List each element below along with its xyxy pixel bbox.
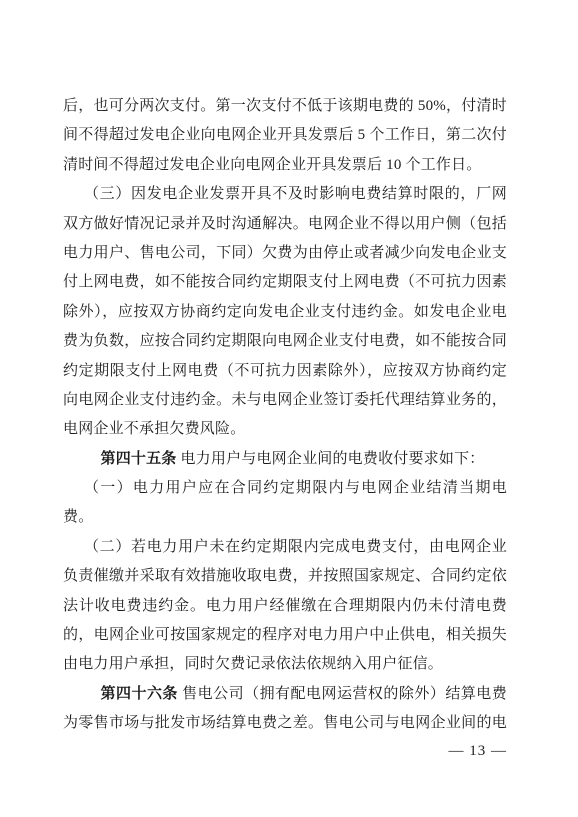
text-segment: 负责催缴并采取有效措施收取电费，并按照国家规定、合同约定依 xyxy=(63,568,507,584)
text-segment: 由电力用户承担，同时欠费记录依法依规纳入用户征信。 xyxy=(63,656,443,672)
text-segment: 售电公司（拥有配电网运营权的除外）结算电费 xyxy=(178,686,507,702)
text-line: （二）若电力用户未在约定期限内完成电费支付，由电网企业 xyxy=(63,533,507,562)
text-segment: 清时间不得超过发电企业向电网企业开具发票后 10 个工作日。 xyxy=(63,157,482,173)
text-segment: 电力用户与电网企业间的电费收付要求如下： xyxy=(177,451,485,467)
text-line: 双方做好情况记录并及时沟通解决。电网企业不得以用户侧（包括 xyxy=(63,210,507,239)
text-line: 间不得超过发电企业向电网企业开具发票后 5 个工作日，第二次付 xyxy=(63,121,507,150)
text-segment: 法计收电费违约金。电力用户经催缴在合理期限内仍未付清电费 xyxy=(63,598,507,614)
text-line: 为零售市场与批发市场结算电费之差。售电公司与电网企业间的电 xyxy=(63,709,507,738)
text-segment: 为零售市场与批发市场结算电费之差。售电公司与电网企业间的电 xyxy=(63,715,507,731)
text-segment: 间不得超过发电企业向电网企业开具发票后 5 个工作日，第二次付 xyxy=(63,127,507,143)
text-segment: （三）因发电企业发票开具不及时影响电费结算时限的，厂网 xyxy=(84,186,507,202)
text-line: （一）电力用户应在合同约定期限内与电网企业结清当期电 xyxy=(63,474,507,503)
text-line: 除外），应按双方协商约定向发电企业支付违约金。如发电企业电 xyxy=(63,298,507,327)
text-line: 电力用户、售电公司，下同）欠费为由停止或者减少向发电企业支 xyxy=(63,239,507,268)
text-segment: 电力用户、售电公司，下同）欠费为由停止或者减少向发电企业支 xyxy=(63,245,507,261)
article-number: 第四十六条 xyxy=(101,686,178,702)
text-line: 负责催缴并采取有效措施收取电费，并按照国家规定、合同约定依 xyxy=(63,562,507,591)
text-line: 后，也可分两次支付。第一次支付不低于该期电费的 50%，付清时 xyxy=(63,92,507,121)
text-segment: 双方做好情况记录并及时沟通解决。电网企业不得以用户侧（包括 xyxy=(63,216,507,232)
document-page: 后，也可分两次支付。第一次支付不低于该期电费的 50%，付清时间不得超过发电企业… xyxy=(0,0,578,817)
text-segment: 电网企业不承担欠费风险。 xyxy=(63,421,245,437)
text-line: 法计收电费违约金。电力用户经催缴在合理期限内仍未付清电费 xyxy=(63,592,507,621)
text-segment: 向电网企业支付违约金。未与电网企业签订委托代理结算业务的， xyxy=(63,392,507,408)
text-segment: （二）若电力用户未在约定期限内完成电费支付，由电网企业 xyxy=(84,539,507,555)
text-segment: 付上网电费，如不能按合同约定期限支付上网电费（不可抗力因素 xyxy=(63,274,507,290)
text-segment: 后，也可分两次支付。第一次支付不低于该期电费的 50%，付清时 xyxy=(63,98,507,114)
text-line: 清时间不得超过发电企业向电网企业开具发票后 10 个工作日。 xyxy=(63,151,507,180)
text-line: 第四十六条 售电公司（拥有配电网运营权的除外）结算电费 xyxy=(63,680,507,709)
text-segment: 费为负数，应按合同约定期限向电网企业支付电费，如不能按合同 xyxy=(63,333,507,349)
text-line: 第四十五条 电力用户与电网企业间的电费收付要求如下： xyxy=(63,445,507,474)
text-segment: 的，电网企业可按国家规定的程序对电力用户中止供电，相关损失 xyxy=(63,627,507,643)
text-line: 由电力用户承担，同时欠费记录依法依规纳入用户征信。 xyxy=(63,650,507,679)
text-block: 后，也可分两次支付。第一次支付不低于该期电费的 50%，付清时间不得超过发电企业… xyxy=(63,92,507,739)
text-line: 费。 xyxy=(63,503,507,532)
text-segment: 约定期限支付上网电费（不可抗力因素除外），应按双方协商约定 xyxy=(63,363,507,379)
text-line: 费为负数，应按合同约定期限向电网企业支付电费，如不能按合同 xyxy=(63,327,507,356)
text-segment: 除外），应按双方协商约定向发电企业支付违约金。如发电企业电 xyxy=(63,304,507,320)
text-line: 向电网企业支付违约金。未与电网企业签订委托代理结算业务的， xyxy=(63,386,507,415)
text-line: （三）因发电企业发票开具不及时影响电费结算时限的，厂网 xyxy=(63,180,507,209)
text-segment: 费。 xyxy=(63,509,93,525)
article-number: 第四十五条 xyxy=(101,451,177,467)
text-line: 的，电网企业可按国家规定的程序对电力用户中止供电，相关损失 xyxy=(63,621,507,650)
text-segment: （一）电力用户应在合同约定期限内与电网企业结清当期电 xyxy=(84,480,507,496)
text-line: 约定期限支付上网电费（不可抗力因素除外），应按双方协商约定 xyxy=(63,357,507,386)
page-number: — 13 — xyxy=(449,741,508,761)
text-line: 电网企业不承担欠费风险。 xyxy=(63,415,507,444)
text-line: 付上网电费，如不能按合同约定期限支付上网电费（不可抗力因素 xyxy=(63,268,507,297)
